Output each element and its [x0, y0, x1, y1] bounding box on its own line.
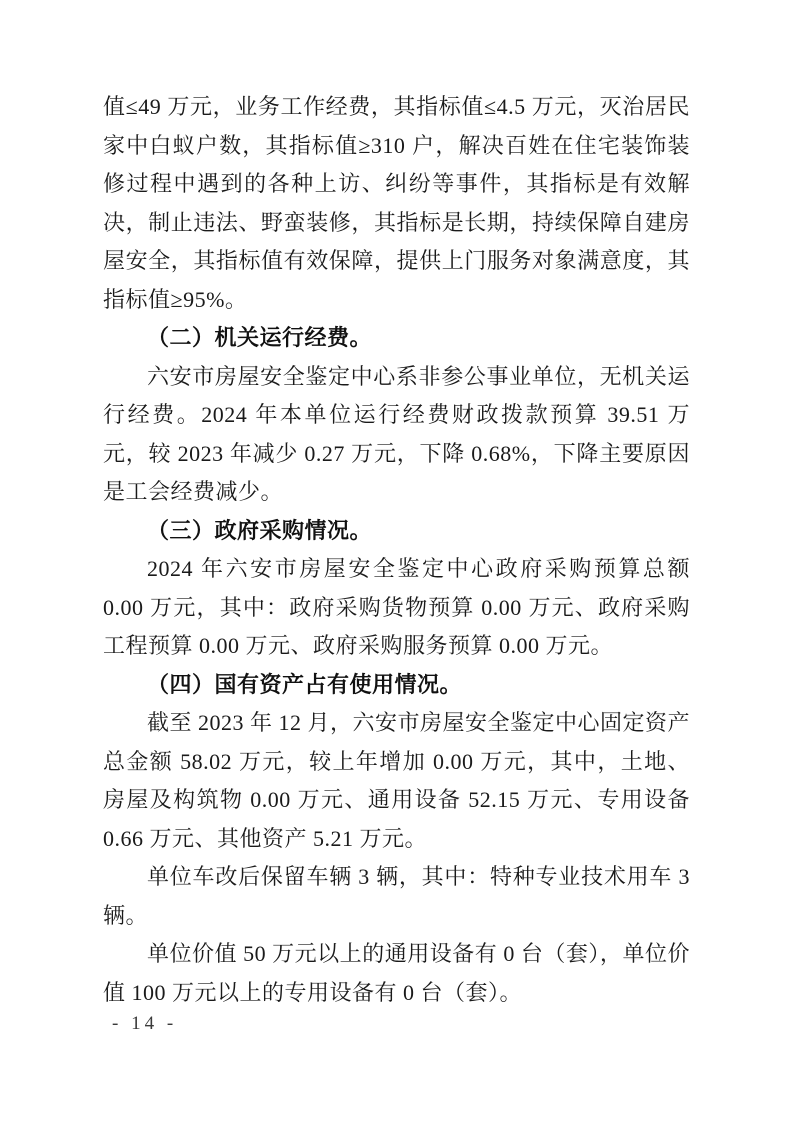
body-paragraph-vehicles-detail: 单位车改后保留车辆 3 辆，其中：特种专业技术用车 3 辆。: [103, 858, 690, 935]
body-paragraph-performance-indicators: 值≤49 万元，业务工作经费，其指标值≤4.5 万元，灭治居民家中白蚁户数，其指…: [103, 88, 690, 319]
section-heading-state-owned-assets: （四）国有资产占有使用情况。: [103, 666, 690, 705]
document-page: 值≤49 万元，业务工作经费，其指标值≤4.5 万元，灭治居民家中白蚁户数，其指…: [0, 0, 793, 1122]
document-body: 值≤49 万元，业务工作经费，其指标值≤4.5 万元，灭治居民家中白蚁户数，其指…: [103, 88, 690, 1012]
section-heading-government-procurement: （三）政府采购情况。: [103, 512, 690, 551]
section-heading-agency-operating-funds: （二）机关运行经费。: [103, 319, 690, 358]
body-paragraph-operating-funds-detail: 六安市房屋安全鉴定中心系非参公事业单位，无机关运行经费。2024 年本单位运行经…: [103, 358, 690, 512]
body-paragraph-procurement-detail: 2024 年六安市房屋安全鉴定中心政府采购预算总额 0.00 万元，其中：政府采…: [103, 550, 690, 666]
body-paragraph-fixed-assets-detail: 截至 2023 年 12 月，六安市房屋安全鉴定中心固定资产总金额 58.02 …: [103, 704, 690, 858]
body-paragraph-equipment-detail: 单位价值 50 万元以上的通用设备有 0 台（套），单位价值 100 万元以上的…: [103, 935, 690, 1012]
page-number: - 14 -: [112, 1013, 177, 1035]
